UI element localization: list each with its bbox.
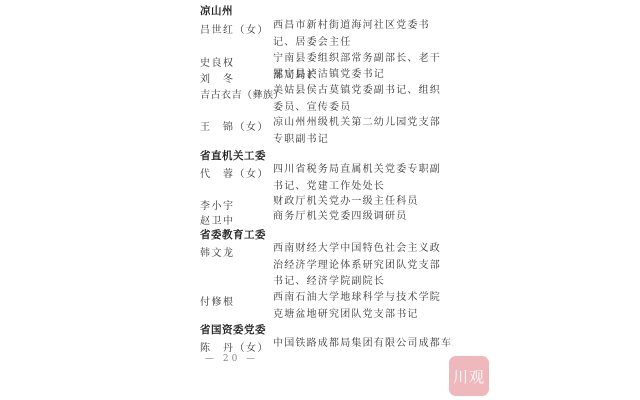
page-number: — 20 — xyxy=(205,354,258,364)
person-title: 冕宁县泸沽镇党委书记 xyxy=(273,67,441,84)
section-heading-sasac: 省国资委党委 xyxy=(200,322,266,337)
person-title: 西昌市新村街道海河社区党委书记、居委会主任 xyxy=(273,18,441,51)
section-heading-education: 省委教育工委 xyxy=(200,227,266,242)
person-name: 付修根 xyxy=(200,293,235,308)
person-name: 吉古衣吉（彝族） xyxy=(200,86,284,101)
person-title: 西南财经大学中国特色社会主义政治经济学理论体系研究团队党支部书记、经济学院副院长 xyxy=(273,241,441,291)
person-title: 四川省税务局直属机关党委专职副书记、党建工作处处长 xyxy=(273,162,441,195)
person-title: 中国铁路成都局集团有限公司成都车站党 xyxy=(273,336,453,353)
person-name: 韩文龙 xyxy=(200,244,235,259)
person-name: 赵卫中 xyxy=(200,212,235,227)
person-title: 西南石油大学地球科学与技术学院克塘盆地研究团队党支部书记 xyxy=(273,290,441,323)
person-name: 陈 丹（女） xyxy=(200,339,269,354)
person-title: 商务厅机关党委四级调研员 xyxy=(273,209,441,226)
person-name: 史良权 xyxy=(200,54,235,69)
watermark-logo: 川观 xyxy=(449,356,489,396)
person-name: 刘 冬 xyxy=(200,70,235,85)
person-title: 美姑县侯古莫镇党委副书记、组织委员、宣传委员 xyxy=(273,83,441,116)
person-name: 吕世红（女） xyxy=(200,21,269,36)
person-name: 王 锦（女） xyxy=(200,118,269,133)
section-heading-provincial-organs: 省直机关工委 xyxy=(200,148,266,163)
watermark-text: 川观 xyxy=(453,366,485,387)
person-title: 凉山州州级机关第二幼儿园党支部专职副书记 xyxy=(273,115,441,148)
person-name: 代 蓉（女） xyxy=(200,165,269,180)
person-name: 李小宇 xyxy=(200,197,235,212)
section-heading-liangshan: 凉山州 xyxy=(200,3,233,18)
